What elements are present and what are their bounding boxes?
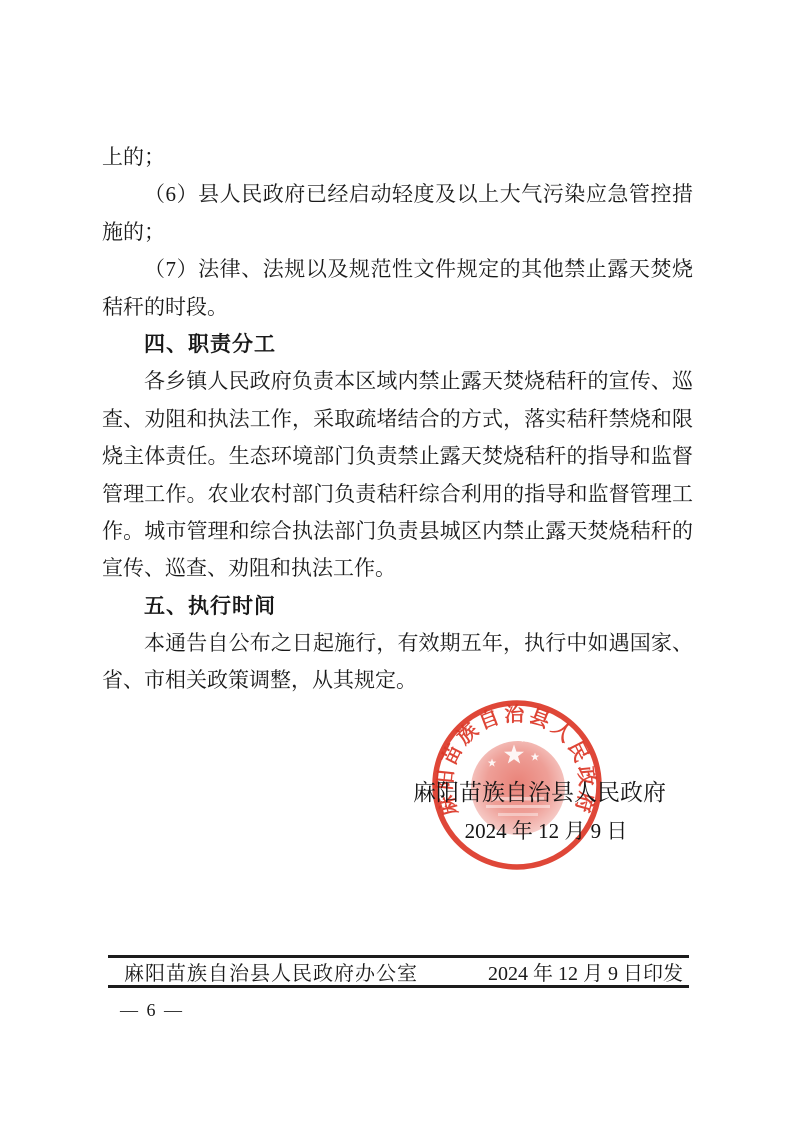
- body-line: 烧主体责任。生态环境部门负责禁止露天焚烧秸秆的指导和监督: [102, 438, 693, 475]
- signature-issuer: 麻阳苗族自治县人民政府: [413, 780, 645, 806]
- page-number: — 6 —: [120, 1000, 184, 1021]
- signature-date: 2024 年 12 月 9 日: [455, 819, 637, 843]
- section-heading: 五、执行时间: [102, 588, 693, 625]
- body-line: （6）县人民政府已经启动轻度及以上大气污染应急管控措: [102, 176, 693, 213]
- footer-office: 麻阳苗族自治县人民政府办公室: [124, 957, 418, 986]
- body-line: 省、市相关政策调整，从其规定。: [102, 662, 693, 699]
- body-line: 本通告自公布之日起施行，有效期五年，执行中如遇国家、: [102, 625, 693, 662]
- body-line: （7）法律、法规以及规范性文件规定的其他禁止露天焚烧: [102, 251, 693, 288]
- document-body: 上的； （6）县人民政府已经启动轻度及以上大气污染应急管控措 施的； （7）法律…: [102, 139, 693, 700]
- body-line: 宣传、巡查、劝阻和执法工作。: [102, 550, 693, 587]
- body-line: 施的；: [102, 214, 693, 251]
- body-line: 上的；: [102, 139, 693, 176]
- body-line: 查、劝阻和执法工作，采取疏堵结合的方式，落实秸秆禁烧和限: [102, 401, 693, 438]
- document-page: 上的； （6）县人民政府已经启动轻度及以上大气污染应急管控措 施的； （7）法律…: [0, 0, 793, 1121]
- footer-colophon: 麻阳苗族自治县人民政府办公室 2024 年 12 月 9 日印发: [108, 955, 689, 988]
- body-line: 作。城市管理和综合执法部门负责县城区内禁止露天焚烧秸秆的: [102, 513, 693, 550]
- footer-print-date: 2024 年 12 月 9 日印发: [488, 957, 683, 986]
- body-line: 各乡镇人民政府负责本区域内禁止露天焚烧秸秆的宣传、巡: [102, 363, 693, 400]
- body-line: 管理工作。农业农村部门负责秸秆综合利用的指导和监督管理工: [102, 476, 693, 513]
- body-line: 秸秆的时段。: [102, 289, 693, 326]
- section-heading: 四、职责分工: [102, 326, 693, 363]
